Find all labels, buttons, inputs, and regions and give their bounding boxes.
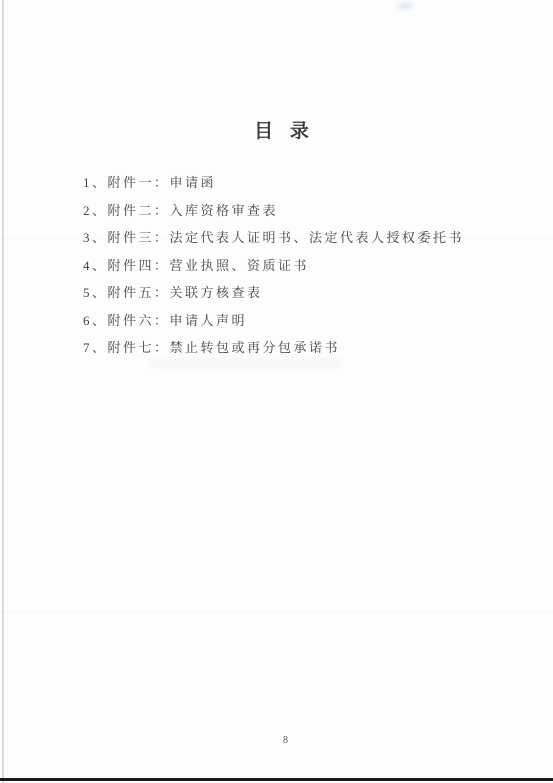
toc-item-6: 6、附件六：申请人声明: [83, 307, 464, 335]
toc-list: 1、附件一：申请函 2、附件二：入库资格审查表 3、附件三：法定代表人证明书、法…: [83, 169, 464, 362]
toc-item-3: 3、附件三：法定代表人证明书、法定代表人授权委托书: [83, 224, 464, 252]
toc-item-1: 1、附件一：申请函: [83, 169, 464, 197]
scan-streak: [0, 612, 553, 613]
document-page: 目 录 1、附件一：申请函 2、附件二：入库资格审查表 3、附件三：法定代表人证…: [0, 0, 553, 783]
page-number: 8: [283, 735, 288, 747]
toc-title: 目 录: [0, 121, 553, 142]
scan-edge-line-left: [2, 0, 4, 783]
toc-item-4: 4、附件四：营业执照、资质证书: [83, 252, 464, 280]
toc-item-2: 2、附件二：入库资格审查表: [83, 197, 464, 225]
toc-item-5: 5、附件五：关联方核查表: [83, 279, 464, 307]
scan-smudge-top: [394, 0, 416, 12]
scan-edge-line-bottom: [0, 778, 553, 781]
toc-item-7: 7、附件七：禁止转包或再分包承诺书: [83, 334, 464, 362]
